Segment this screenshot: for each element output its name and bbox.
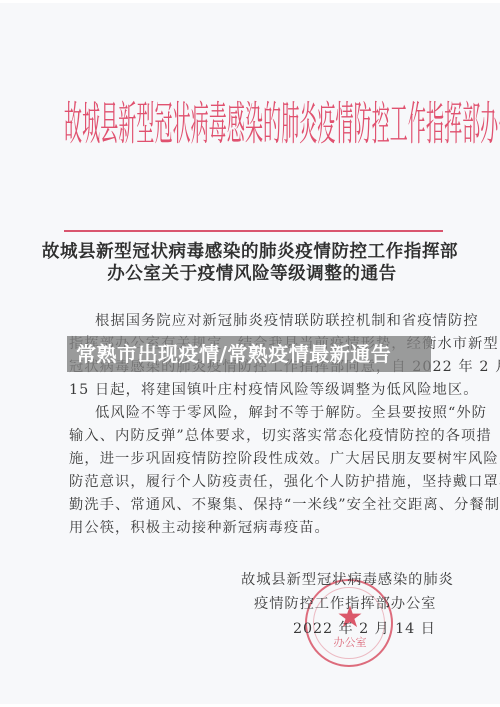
body-line: 勤洗手、常通风、不聚集、保持“一米线”安全社交距离、分餐制、 (69, 497, 441, 513)
signature-line-1: 故城县新型冠状病毒感染的肺炎 (241, 572, 454, 588)
body-line: 低风险不等于零风险，解封不等于解防。全县要按照“外防 (95, 405, 467, 421)
body-line: 根据国务院应对新冠肺炎疫情联防联控机制和省疫情防控 (95, 313, 467, 329)
body-line: 用公筷，积极主动接种新冠病毒疫苗。 (69, 520, 441, 536)
issuing-office-header: 故城县新型冠状病毒感染的肺炎疫情防控工作指挥部办公室 (64, 104, 446, 232)
body-line: 施，进一步巩固疫情防控阶段性成效。广大居民朋友要树牢风险 (69, 451, 441, 467)
top-border (0, 0, 500, 3)
caption-banner: 常熟市出现疫情/常熟疫情最新通告 (67, 336, 431, 372)
notice-title-line-1: 故城县新型冠状病毒感染的肺炎疫情防控工作指挥部 (0, 242, 500, 262)
document-page: 故城县新型冠状病毒感染的肺炎疫情防控工作指挥部办公室 故城县新型冠状病毒感染的肺… (0, 0, 500, 707)
red-divider (64, 230, 443, 232)
seal-text: 办公室 (329, 637, 371, 649)
caption-text: 常熟市出现疫情/常熟疫情最新通告 (76, 342, 391, 366)
body-line: 防范意识，履行个人防疫责任，强化个人防护措施，坚持戴口罩、 (69, 474, 441, 490)
signature-date: 2022 年 2 月 14 日 (293, 621, 436, 637)
body-line: 输入、内防反弹”总体要求，切实落实常态化疫情防控的各项措 (69, 428, 441, 444)
body-line: 15 日起，将建国镇叶庄村疫情风险等级调整为低风险地区。 (69, 382, 441, 398)
signature-line-2: 疫情防控工作指挥部办公室 (254, 596, 436, 612)
notice-title-line-2: 办公室关于疫情风险等级调整的通告 (0, 264, 500, 284)
